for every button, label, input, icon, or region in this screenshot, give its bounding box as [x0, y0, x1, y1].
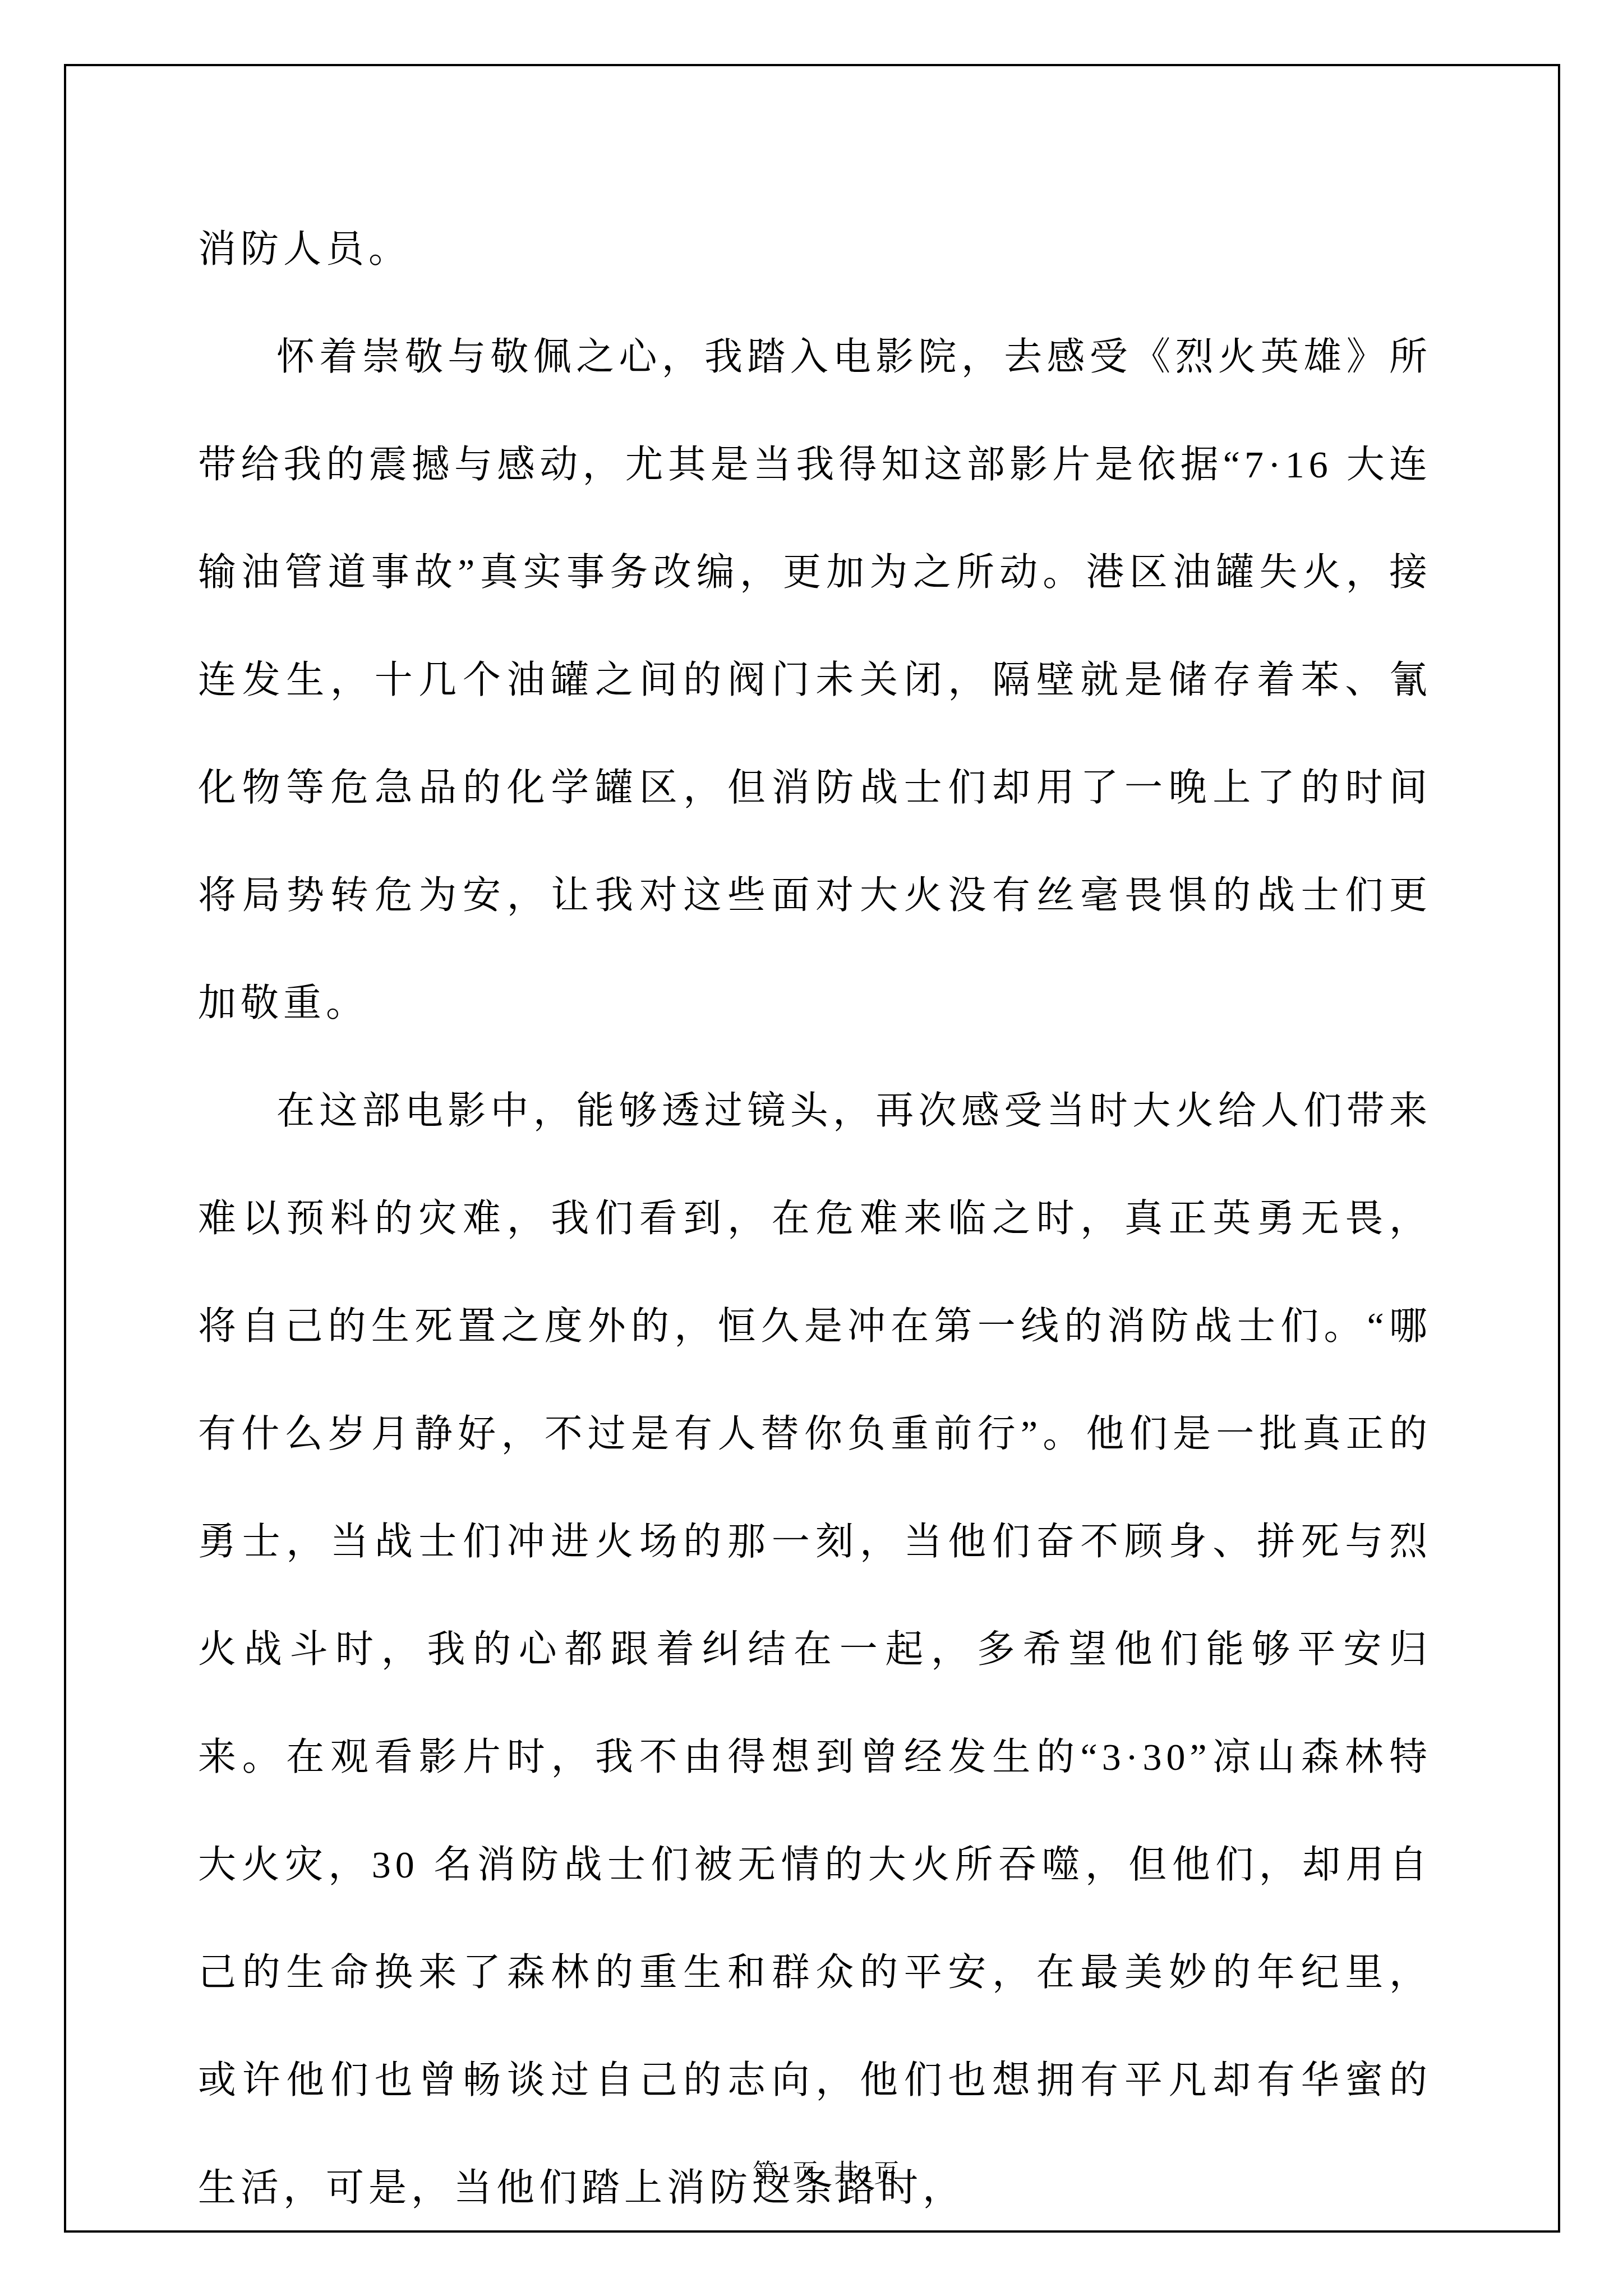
page-number: 第1页 共1页: [753, 2160, 901, 2188]
paragraph: 消防人员。: [198, 195, 1432, 303]
paragraph: 在这部电影中，能够透过镜头，再次感受当时大火给人们带来难以预料的灾难，我们看到，…: [198, 1057, 1432, 2242]
document-page: 消防人员。 怀着崇敬与敬佩之心，我踏入电影院，去感受《烈火英雄》所带给我的震撼与…: [0, 0, 1623, 2296]
document-body: 消防人员。 怀着崇敬与敬佩之心，我踏入电影院，去感受《烈火英雄》所带给我的震撼与…: [198, 195, 1432, 2242]
paragraph: 怀着崇敬与敬佩之心，我踏入电影院，去感受《烈火英雄》所带给我的震撼与感动，尤其是…: [198, 303, 1432, 1057]
page-footer: 第1页 共1页: [0, 2124, 1623, 2219]
